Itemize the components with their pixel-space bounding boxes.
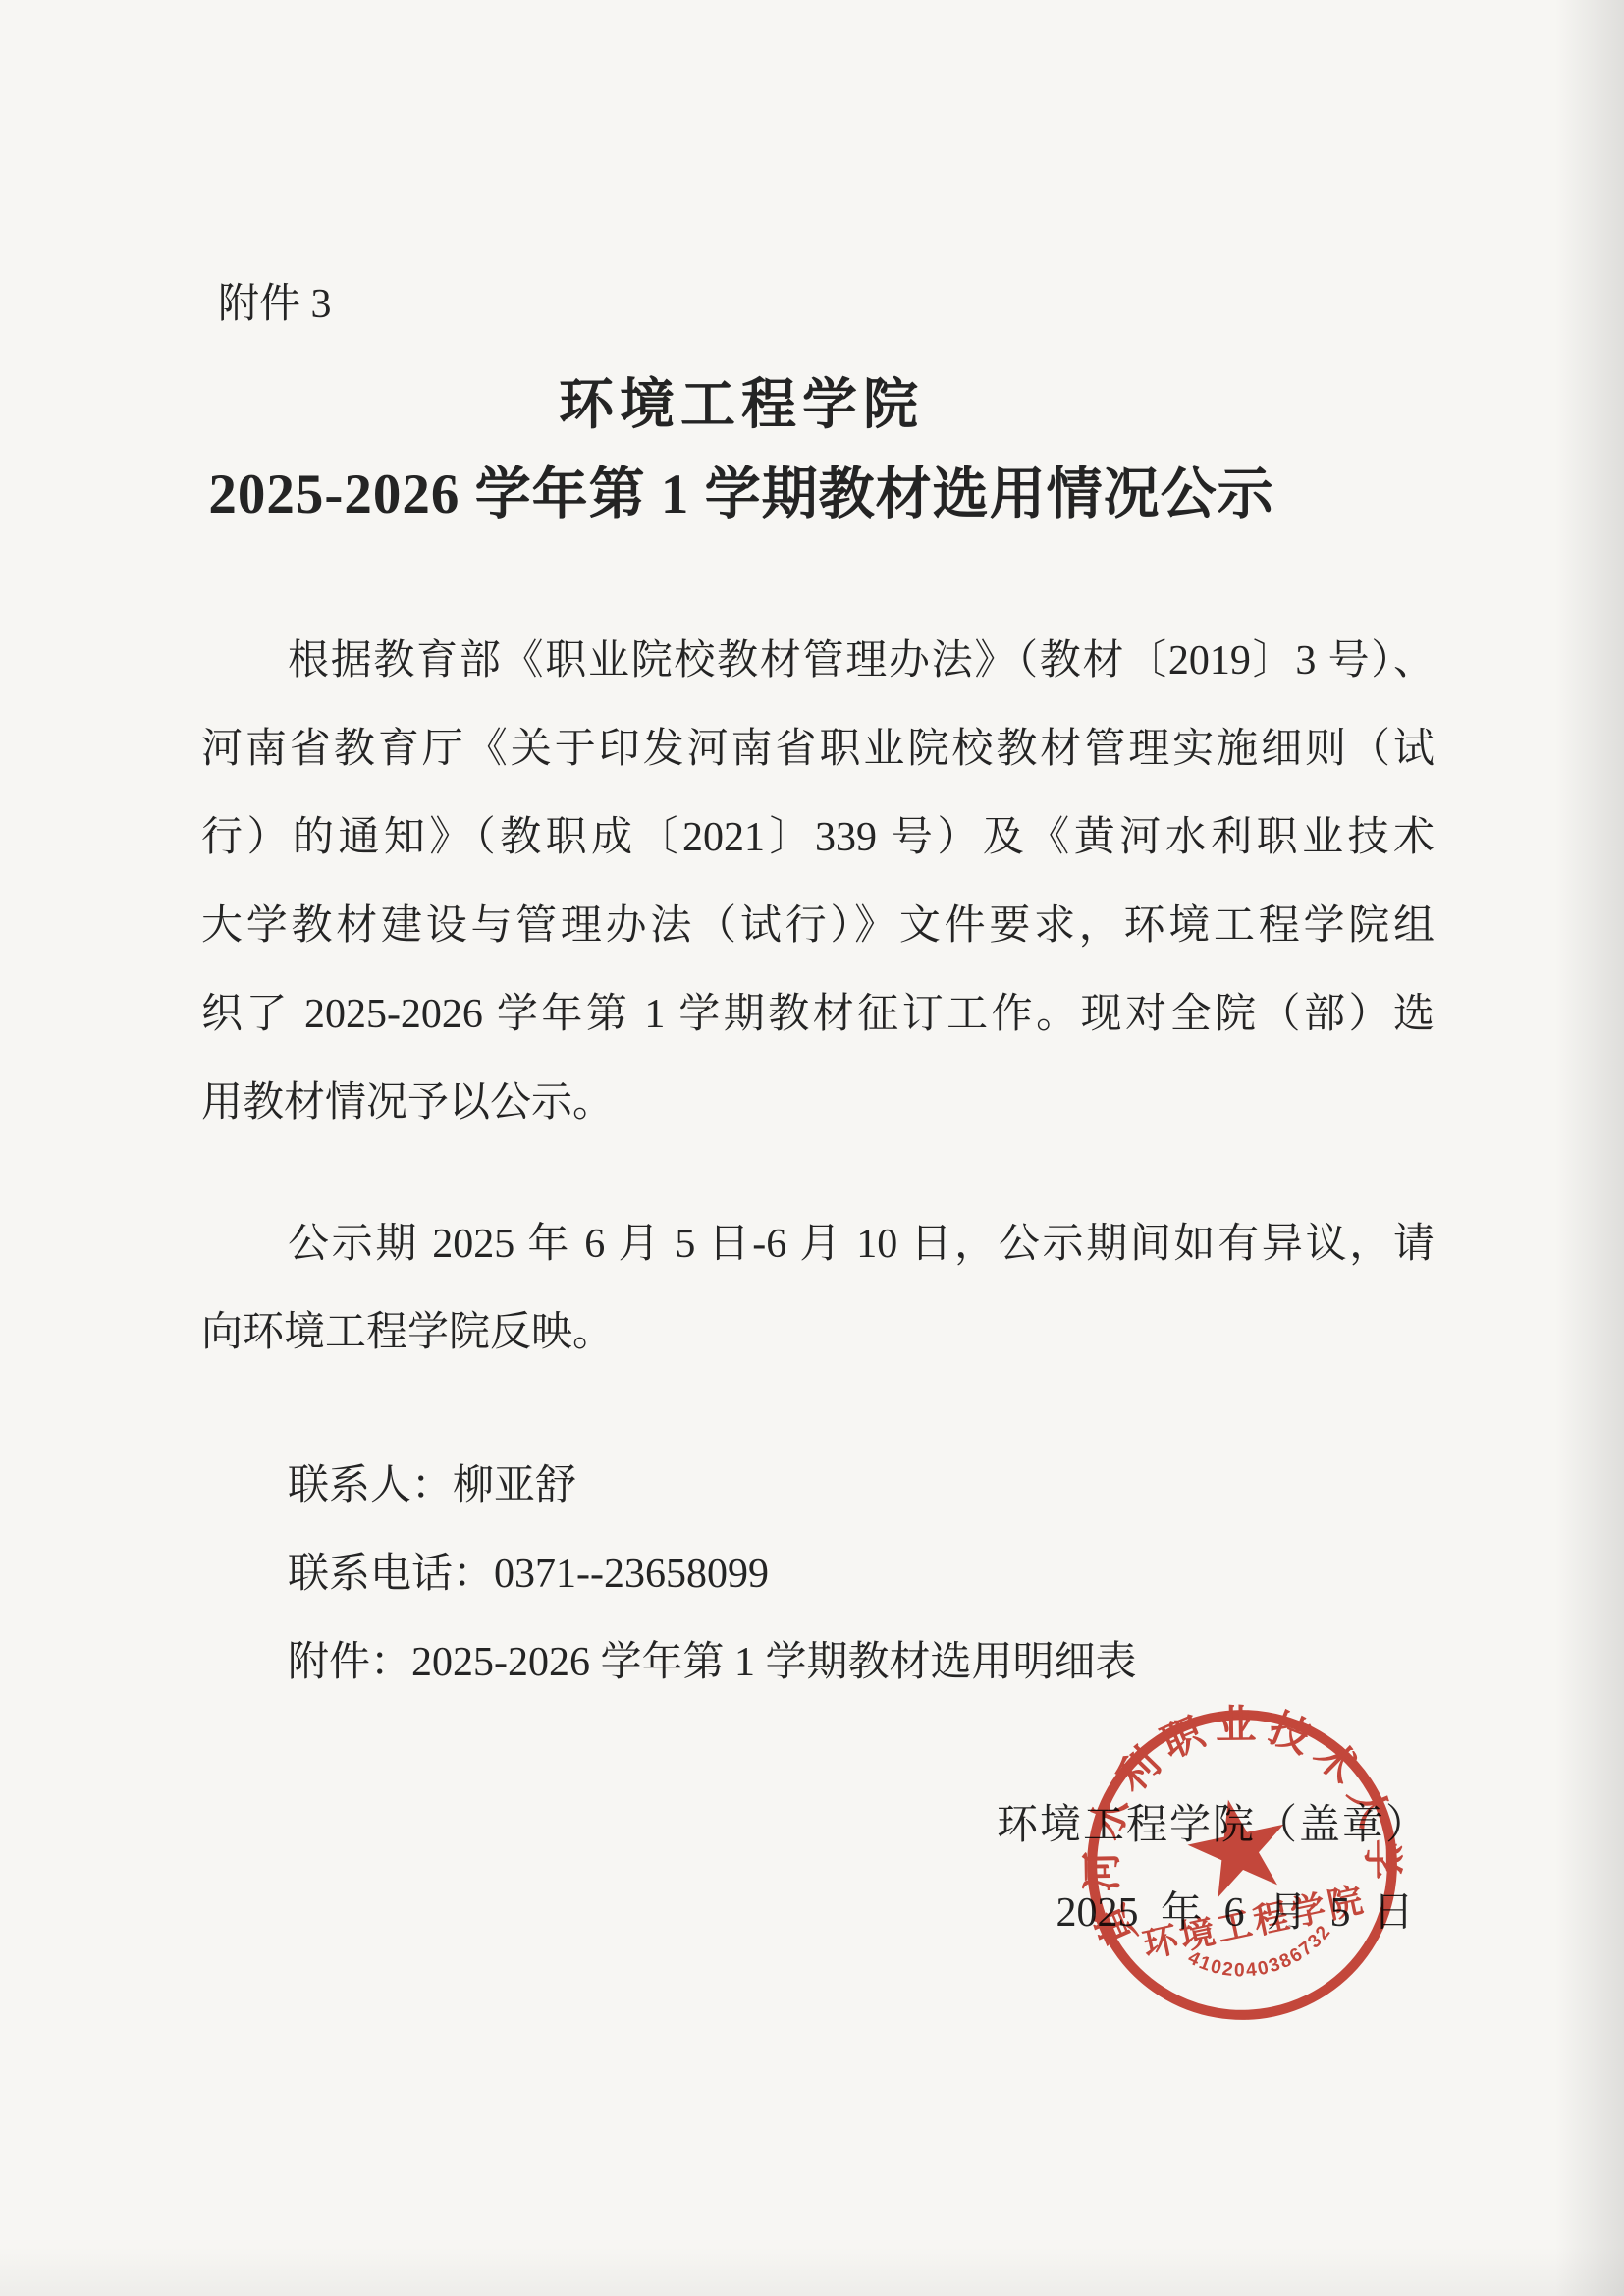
paragraph-1-line: 大学教材建设与管理办法（试行）》文件要求，环境工程学院组	[201, 882, 1435, 970]
title-block: 环境工程学院 2025-2026 学年第 1 学期教材选用情况公示	[118, 371, 1365, 532]
seal-star-icon	[1180, 1789, 1296, 1901]
paragraph-1-line: 织了 2025-2026 学年第 1 学期教材征订工作。现对全院（部）选	[201, 970, 1435, 1059]
paragraph-1-line: 根据教育部《职业院校教材管理办法》（教材〔2019〕3 号）、	[201, 617, 1435, 705]
paragraph-2: 公示期 2025 年 6 月 5 日-6 月 10 日，公示期间如有异议，请 向…	[201, 1200, 1435, 1377]
paragraph-1-line: 河南省教育厅《关于印发河南省职业院校教材管理实施细则（试	[201, 705, 1435, 793]
document-page: 附件 3 环境工程学院 2025-2026 学年第 1 学期教材选用情况公示 根…	[0, 0, 1624, 2296]
attachment-note: 附件：2025-2026 学年第 1 学期教材选用明细表	[201, 1618, 1137, 1707]
paragraph-2-line: 向环境工程学院反映。	[201, 1288, 1435, 1377]
attachment-label: 附件 3	[218, 279, 332, 330]
page-title: 环境工程学院	[118, 371, 1365, 440]
seal-department-text: 环境工程学院	[1139, 1880, 1369, 1965]
contacts-block: 联系人：柳亚舒 联系电话：0371--23658099 附件：2025-2026…	[201, 1442, 1137, 1707]
contact-phone: 联系电话：0371--23658099	[201, 1530, 1137, 1618]
page-subtitle: 2025-2026 学年第 1 学期教材选用情况公示	[118, 458, 1365, 532]
official-seal: 黄河水利职业技术大学 环境工程学院 4102040386732	[1048, 1670, 1436, 2059]
paragraph-2-line: 公示期 2025 年 6 月 5 日-6 月 10 日，公示期间如有异议，请	[201, 1200, 1435, 1288]
paragraph-1: 根据教育部《职业院校教材管理办法》（教材〔2019〕3 号）、 河南省教育厅《关…	[201, 617, 1435, 1147]
paragraph-1-line: 行）的通知》（教职成〔2021〕339 号）及《黄河水利职业技术	[201, 793, 1435, 882]
paragraph-1-line: 用教材情况予以公示。	[201, 1059, 1435, 1147]
contact-person: 联系人：柳亚舒	[201, 1442, 1137, 1530]
